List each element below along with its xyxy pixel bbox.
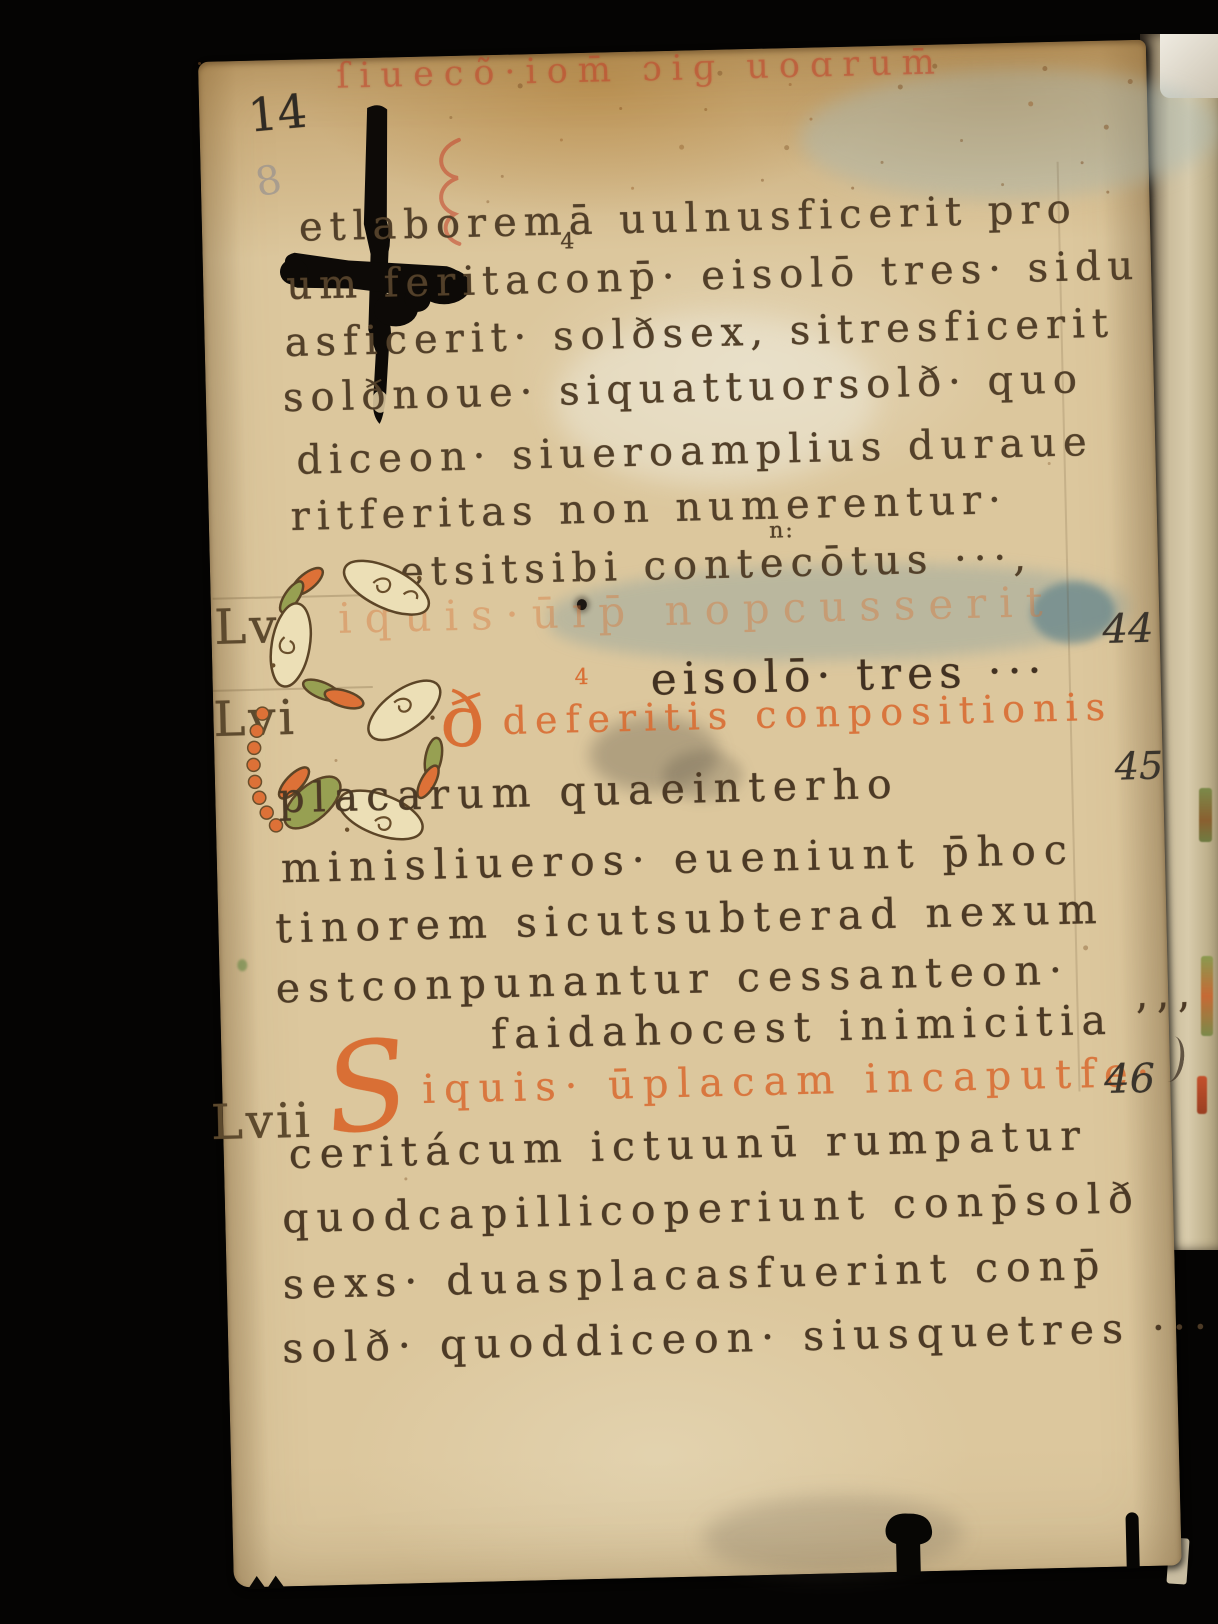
superscript-mark: 4 (560, 229, 577, 254)
margin-number-44: 44 (1102, 606, 1154, 653)
superscript-correction: n: (769, 518, 795, 544)
faded-head-rubric: ſiuecõ·iom̄ ɔiɡ uoɑrum̄ (336, 42, 945, 96)
manuscript-line: sexs· duasplacasfuerint conp̄ (282, 1241, 1108, 1308)
rubric-line: iquis· ūplacam incaputfe· (422, 1050, 1159, 1113)
next-folio-decoration-fleck (1197, 1076, 1207, 1114)
initial-scallop-dots (246, 707, 283, 833)
rubric-line: deferitis conpositionis (502, 685, 1113, 743)
next-folio-decoration-fleck (1201, 956, 1213, 1036)
parchment-page: 14 8 ſiuecõ·iom̄ ɔiɡ uoɑrum̄ etlaboremā … (198, 40, 1182, 1588)
parchment-notch (1125, 1512, 1139, 1568)
next-folio-corner (1160, 34, 1218, 98)
manuscript-line: tinorem sicutsubterad nexum (275, 885, 1105, 953)
stain (237, 959, 247, 971)
parchment-notch (248, 1576, 266, 1589)
parchment-notch (267, 1575, 285, 1588)
parchment-hole (881, 1509, 937, 1576)
manuscript-line: quodcapillicoperiunt conp̄solð (282, 1174, 1142, 1242)
manuscript-line: ritferitas non numerentur· (290, 477, 1008, 540)
margin-number-45: 45 (1114, 743, 1163, 788)
manuscript-line: solð· quoddiceon· siusquetres ··· (282, 1302, 1216, 1372)
manuscript-photograph: 14 8 ſiuecõ·iom̄ ɔiɡ uoɑrum̄ etlaboremā … (0, 0, 1218, 1624)
next-folio-decoration-fleck (1199, 788, 1212, 842)
speckle-texture (198, 62, 201, 65)
margin-number-46: 46 (1104, 1056, 1156, 1103)
superscript-mark: 4 (574, 665, 591, 690)
